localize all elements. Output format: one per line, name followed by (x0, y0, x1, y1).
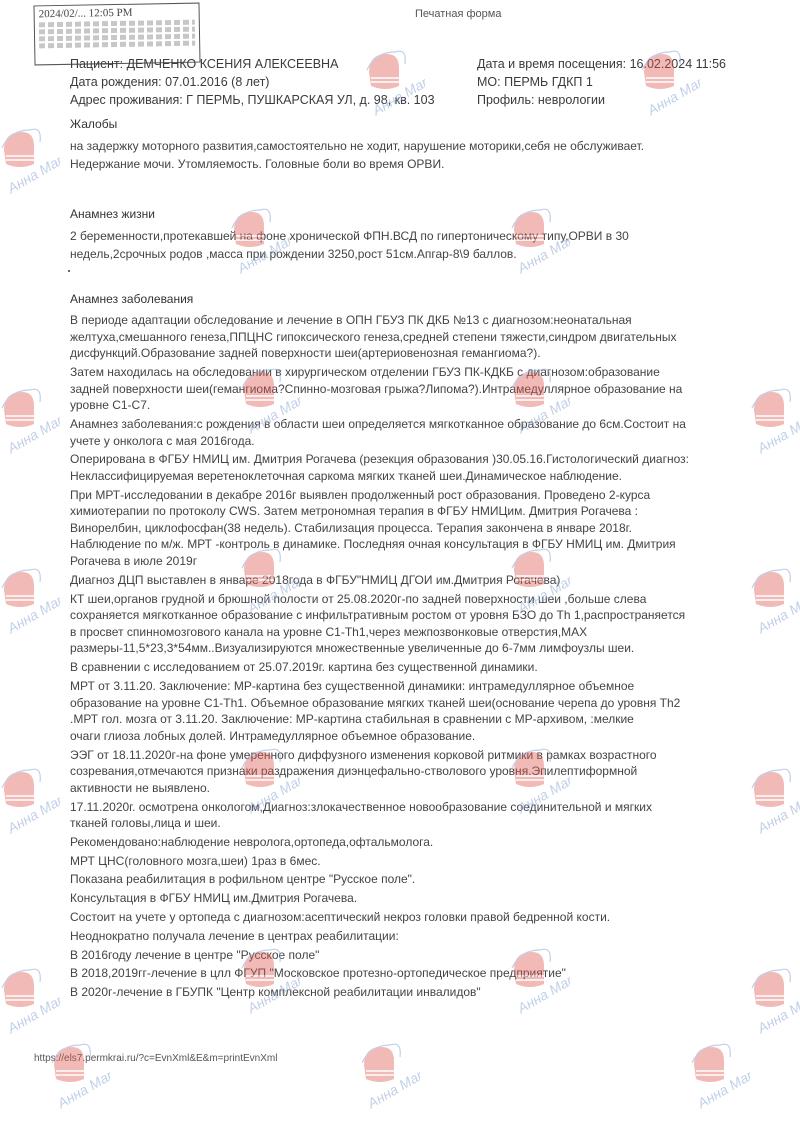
text-line: учете у онколога с мая 2016года. (70, 433, 770, 450)
text-line: химиотерапии по протоколу CWS. Затем мет… (70, 503, 770, 520)
anamnesis-paragraph: 17.11.2020г. осмотрена онкологом,Диагноз… (70, 799, 770, 832)
anamnesis-paragraph: В периоде адаптации обследование и лечен… (70, 312, 770, 362)
text-line: 17.11.2020г. осмотрена онкологом,Диагноз… (70, 799, 770, 816)
anamnesis-paragraph: В 2018,2019гг-лечение в цлл ФГУП "Москов… (70, 965, 770, 982)
text-line: Неклассифицируемая веретеноклеточная сар… (70, 468, 770, 485)
watermark-logo-icon: Анна Мария (0, 560, 60, 640)
visit-datetime: Дата и время посещения: 16.02.2024 11:56 (477, 55, 726, 73)
text-line: Неоднократно получала лечение в центрах … (70, 928, 770, 945)
text-line: в просвет спинномозгового канала на уров… (70, 624, 770, 641)
text-line: созревания,отмечаются признаки раздражен… (70, 763, 770, 780)
anamnesis-paragraph: Оперирована в ФГБУ НМИЦ им. Дмитрия Рога… (70, 451, 770, 484)
svg-text:Анна Мария: Анна Мария (4, 403, 60, 457)
anamnesis-paragraph: Неоднократно получала лечение в центрах … (70, 928, 770, 945)
text-line: Анамнез заболевания:с рождения в области… (70, 416, 770, 433)
text-line: При МРТ-исследовании в декабре 2016г выя… (70, 487, 770, 504)
patient-name: Пациент: ДЕМЧЕНКО КСЕНИЯ АЛЕКСЕЕВНА (70, 55, 435, 73)
svg-text:Анна Мария: Анна Мария (4, 583, 60, 637)
text-line: Рекомендовано:наблюдение невролога,ортоп… (70, 834, 770, 851)
text-line: .МРТ гол. мозга от 3.11.20. Заключение: … (70, 711, 770, 728)
anamnesis-paragraph: Консультация в ФГБУ НМИЦ им.Дмитрия Рога… (70, 890, 770, 907)
footer-url: https://els7.permkrai.ru/?c=EvnXml&E&m=p… (34, 1053, 277, 1064)
text-line: тканей головы,лица и шеи. (70, 815, 770, 832)
watermark-logo-icon: Анна Мария (350, 1035, 420, 1115)
life-anamnesis-title: Анамнез жизни (70, 207, 155, 221)
svg-text:Анна Мария: Анна Мария (4, 783, 60, 837)
text-line: Винорелбин, циклофосфан(38 недель). Стаб… (70, 520, 770, 537)
anamnesis-paragraph: Состоит на учете у ортопеда с диагнозом:… (70, 909, 770, 926)
text-line: МРТ от 3.11.20. Заключение: МР-картина б… (70, 678, 770, 695)
watermark-logo-icon: Анна Мария (40, 1035, 110, 1115)
visit-info: Дата и время посещения: 16.02.2024 11:56… (477, 55, 726, 109)
text-line: Диагноз ДЦП выставлен в январе 2018года … (70, 572, 770, 589)
visit-mo: МО: ПЕРМЬ ГДКП 1 (477, 73, 726, 91)
stray-dot (68, 270, 70, 272)
text-line: Консультация в ФГБУ НМИЦ им.Дмитрия Рога… (70, 890, 770, 907)
disease-anamnesis-text: В периоде адаптации обследование и лечен… (70, 312, 770, 1003)
watermark-logo-icon: Анна Мария (0, 120, 60, 200)
text-line: на задержку моторного развития,самостоят… (70, 138, 770, 156)
text-line: Рогачева в июле 2019г (70, 553, 770, 570)
text-line: Наблюдение по м/ж. МРТ -контроль в динам… (70, 536, 770, 553)
text-line: размеры-11,5*23,3*54мм..Визуализируются … (70, 640, 770, 657)
anamnesis-paragraph: Рекомендовано:наблюдение невролога,ортоп… (70, 834, 770, 851)
stamp-time: 2024/02/... 12:05 PM (39, 6, 195, 21)
anamnesis-paragraph: МРТ ЦНС(головного мозга,шеи) 1раз в 6мес… (70, 853, 770, 870)
life-anamnesis-text: 2 беременности,протекавшей на фоне хрони… (70, 228, 770, 263)
visit-profile: Профиль: неврологии (477, 91, 726, 109)
text-line: желтуха,смешанного генеза,ППЦНС гипоксич… (70, 329, 770, 346)
anamnesis-paragraph: Затем находилась на обследовании в хирур… (70, 364, 770, 414)
patient-info: Пациент: ДЕМЧЕНКО КСЕНИЯ АЛЕКСЕЕВНА Дата… (70, 55, 435, 109)
anamnesis-paragraph: В 2016году лечение в центре "Русское пол… (70, 947, 770, 964)
text-line: Состоит на учете у ортопеда с диагнозом:… (70, 909, 770, 926)
text-line: В 2018,2019гг-лечение в цлл ФГУП "Москов… (70, 965, 770, 982)
anamnesis-paragraph: В сравнении с исследованием от 25.07.201… (70, 659, 770, 676)
anamnesis-paragraph: КТ шеи,органов грудной и брюшной полости… (70, 591, 770, 657)
anamnesis-paragraph: В 2020г-лечение в ГБУПК "Центр комплексн… (70, 984, 770, 1001)
text-line: очаги глиоза лобных долей. Интрамедулляр… (70, 728, 770, 745)
text-line: 2 беременности,протекавшей на фоне хрони… (70, 228, 770, 246)
text-line: ЭЭГ от 18.11.2020г-на фоне умеренного ди… (70, 747, 770, 764)
watermark-logo-icon: Анна Мария (0, 760, 60, 840)
patient-birthdate: Дата рождения: 07.01.2016 (8 лет) (70, 73, 435, 91)
anamnesis-paragraph: При МРТ-исследовании в декабре 2016г выя… (70, 487, 770, 570)
text-line: образование на уровне С1-Th1. Объемное о… (70, 695, 770, 712)
anamnesis-paragraph: Диагноз ДЦП выставлен в январе 2018года … (70, 572, 770, 589)
text-line: задней поверхности шеи(гемангиома?Спинно… (70, 381, 770, 398)
svg-text:Анна Мария: Анна Мария (364, 1058, 420, 1112)
svg-text:Анна Мария: Анна Мария (694, 1058, 750, 1112)
anamnesis-paragraph: Показана реабилитация в рофильном центре… (70, 871, 770, 888)
page-title: Печатная форма (415, 8, 501, 20)
watermark-logo-icon: Анна Мария (0, 380, 60, 460)
watermark-logo-icon: Анна Мария (680, 1035, 750, 1115)
complaints-title: Жалобы (70, 117, 117, 131)
text-line: Показана реабилитация в рофильном центре… (70, 871, 770, 888)
text-line: МРТ ЦНС(головного мозга,шеи) 1раз в 6мес… (70, 853, 770, 870)
anamnesis-paragraph: МРТ от 3.11.20. Заключение: МР-картина б… (70, 678, 770, 744)
text-line: уровне С1-С7. (70, 397, 770, 414)
text-line: В периоде адаптации обследование и лечен… (70, 312, 770, 329)
text-line: недель,2срочных родов ,масса при рождени… (70, 246, 770, 264)
text-line: В сравнении с исследованием от 25.07.201… (70, 659, 770, 676)
text-line: сохраняется мягкотканное образование с и… (70, 607, 770, 624)
text-line: Затем находилась на обследовании в хирур… (70, 364, 770, 381)
anamnesis-paragraph: Анамнез заболевания:с рождения в области… (70, 416, 770, 449)
disease-anamnesis-title: Анамнез заболевания (70, 292, 193, 306)
text-line: В 2016году лечение в центре "Русское пол… (70, 947, 770, 964)
watermark-logo-icon: Анна Мария (0, 960, 60, 1040)
text-line: дисфункций.Образование задней поверхност… (70, 345, 770, 362)
complaints-text: на задержку моторного развития,самостоят… (70, 138, 770, 173)
svg-text:Анна Мария: Анна Мария (4, 143, 60, 197)
svg-text:Анна Мария: Анна Мария (4, 983, 60, 1037)
text-line: КТ шеи,органов грудной и брюшной полости… (70, 591, 770, 608)
patient-address: Адрес проживания: Г ПЕРМЬ, ПУШКАРСКАЯ УЛ… (70, 91, 435, 109)
text-line: Недержание мочи. Утомляемость. Головные … (70, 156, 770, 174)
text-line: Оперирована в ФГБУ НМИЦ им. Дмитрия Рога… (70, 451, 770, 468)
anamnesis-paragraph: ЭЭГ от 18.11.2020г-на фоне умеренного ди… (70, 747, 770, 797)
svg-text:Анна Мария: Анна Мария (54, 1058, 110, 1112)
text-line: В 2020г-лечение в ГБУПК "Центр комплексн… (70, 984, 770, 1001)
text-line: активности не выявлено. (70, 780, 770, 797)
stamp-line (39, 41, 195, 49)
